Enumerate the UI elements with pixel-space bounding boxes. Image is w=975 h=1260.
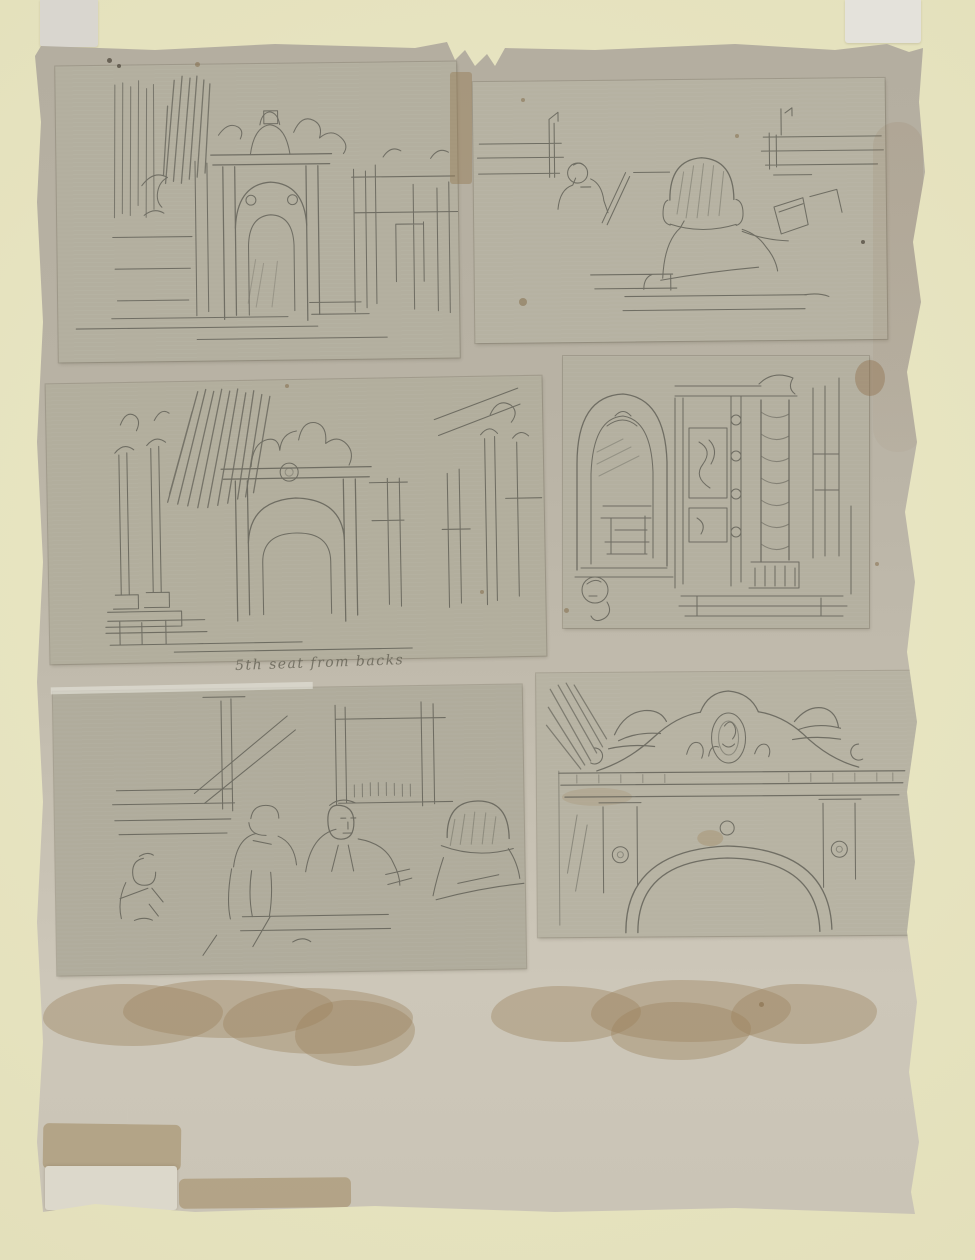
fox-spot [117, 64, 121, 68]
tape-residue-top-center [450, 72, 472, 184]
backing-sheet: 5th seat from backs [35, 42, 925, 1214]
sketch-drawing-middle-right [563, 356, 869, 628]
glue-stain-band-right [491, 980, 877, 1060]
stain-right-edge [855, 360, 885, 396]
sketch-drawing-middle-left [46, 376, 547, 665]
sketch-drawing-bottom-left [53, 684, 526, 975]
sketch-panel-top-left [55, 62, 460, 363]
sketch-drawing-bottom-right [536, 671, 920, 938]
artwork-scan: 5th seat from backs [0, 0, 975, 1260]
tape-top-left [40, 0, 98, 47]
tape-residue-strip-upper [43, 1123, 182, 1171]
paper-patch [45, 1166, 177, 1210]
glue-stain-band-left [43, 980, 467, 1066]
fox-spot [759, 1002, 764, 1007]
stain-blob [295, 1000, 415, 1066]
fox-spot [735, 134, 739, 138]
fox-spot [564, 608, 569, 613]
fox-spot [195, 62, 200, 67]
sketch-panel-top-right [473, 78, 888, 343]
sketch-panel-middle-left [46, 376, 547, 665]
sketch-drawing-top-left [55, 62, 460, 363]
fox-spot [861, 240, 865, 244]
stain-blob [731, 984, 877, 1044]
fox-spot [875, 562, 879, 566]
fox-spot [519, 298, 527, 306]
fox-spot [107, 58, 112, 63]
sketch-panel-middle-right [563, 356, 869, 628]
fox-spot [285, 384, 289, 388]
fox-spot [521, 98, 525, 102]
tape-top-right [845, 0, 921, 43]
tape-residue-strip-lower [179, 1177, 351, 1208]
fox-spot [480, 590, 484, 594]
stain-blob [611, 1002, 751, 1060]
sketch-drawing-top-right [473, 78, 888, 343]
sketch-panel-bottom-left [53, 684, 526, 975]
sketch-panel-bottom-right [536, 671, 920, 938]
